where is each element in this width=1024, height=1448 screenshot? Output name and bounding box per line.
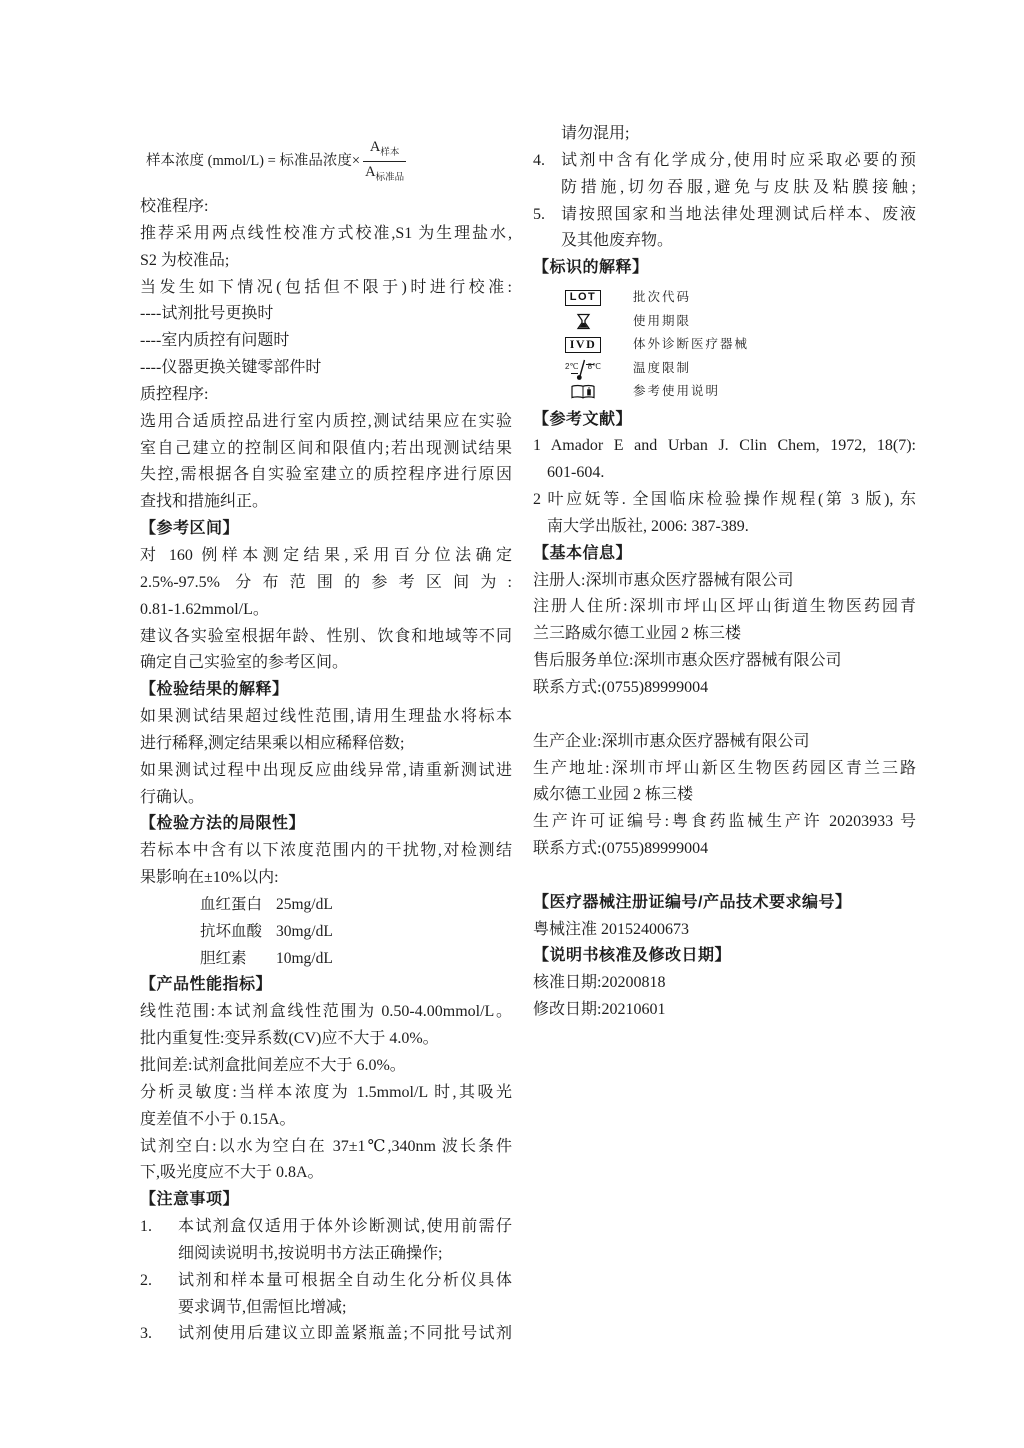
formula-denominator: A标准品 <box>363 162 406 185</box>
item-number: 5. <box>533 202 561 229</box>
calibration-procedure-title: 校准程序: <box>140 194 512 221</box>
text-line: 细阅读说明书,按说明书方法正确操作; <box>140 1241 512 1268</box>
text-line: ----试剂批号更换时 <box>140 301 512 328</box>
registrant-line: 注册人:深圳市惠众医疗器械有限公司 <box>533 568 916 595</box>
item-number: 3. <box>140 1321 178 1348</box>
registration-number: 粤械注准 20152400673 <box>533 917 916 944</box>
symbol-row-lot: LOT 批次代码 <box>533 286 916 310</box>
text-line: 失控,需根据各自实验室建立的质控程序进行原因 <box>140 462 512 489</box>
section-header-basic-info: 【基本信息】 <box>533 541 916 568</box>
approval-date: 核准日期:20200818 <box>533 970 916 997</box>
text-line: 果影响在±10%以内: <box>140 865 512 892</box>
text-line: 如果测试过程中出现反应曲线异常,请重新测试进 <box>140 758 512 785</box>
sample-concentration-formula: 样本浓度 (mmol/L) = 标准品浓度× A样本 A标准品 <box>140 132 512 190</box>
text-line: 线性范围:本试剂盒线性范围为 0.50-4.00mmol/L。 <box>140 999 512 1026</box>
text-line: 若标本中含有以下浓度范围内的干扰物,对检测结 <box>140 838 512 865</box>
temp-low-label: 2℃ <box>565 354 578 381</box>
text-line: 行确认。 <box>140 785 512 812</box>
text-line: 查找和措施纠正。 <box>140 489 512 516</box>
text-line: 请勿混用; <box>533 121 916 148</box>
symbol-row-expiry: 使用期限 <box>533 310 916 334</box>
after-sales-line: 售后服务单位:深圳市惠众医疗器械有限公司 <box>533 648 916 675</box>
notice-item: 2.试剂和样本量可根据全自动生化分析仪具体 <box>140 1268 512 1295</box>
interferent-value: 30mg/dL <box>276 923 333 940</box>
item-number: 4. <box>533 148 561 175</box>
temp-high-label: 8℃ <box>588 354 601 381</box>
section-header-references: 【参考文献】 <box>533 407 916 434</box>
consult-instructions-icon <box>570 384 596 400</box>
symbol-label: 参考使用说明 <box>633 378 720 405</box>
item-text: 试剂中含有化学成分,使用时应采取必要的预 <box>561 148 916 175</box>
item-text: 请按照国家和当地法律处理测试后样本、废液 <box>561 202 916 229</box>
left-column: 样本浓度 (mmol/L) = 标准品浓度× A样本 A标准品 校准程序: 推荐… <box>140 132 512 1348</box>
text-line: S2 为校准品; <box>140 248 512 275</box>
lot-icon: LOT <box>565 290 602 306</box>
interferent-name: 血红蛋白 <box>200 892 276 919</box>
text-line: 室自己建立的控制区间和限值内;若出现测试结果 <box>140 436 512 463</box>
manufacturer-address-line: 威尔德工业园 2 栋三楼 <box>533 782 916 809</box>
interferent-row: 抗坏血酸30mg/dL <box>140 919 512 946</box>
notice-item: 5.请按照国家和当地法律处理测试后样本、废液 <box>533 202 916 229</box>
interferent-name: 抗坏血酸 <box>200 919 276 946</box>
interferent-name: 胆红素 <box>200 946 276 973</box>
item-text: 试剂和样本量可根据全自动生化分析仪具体 <box>178 1268 512 1295</box>
section-header-result-interpretation: 【检验结果的解释】 <box>140 677 512 704</box>
reference-line: 1 Amador E and Urban J. Clin Chem, 1972,… <box>533 433 916 460</box>
text-line: 对 160 例样本测定结果,采用百分位法确定 <box>140 543 512 570</box>
section-header-registration-number: 【医疗器械注册证编号/产品技术要求编号】 <box>533 890 916 917</box>
section-header-symbols: 【标识的解释】 <box>533 255 916 282</box>
registrant-address-line: 注册人住所:深圳市坪山区坪山街道生物医药园青 <box>533 594 916 621</box>
document-page: 样本浓度 (mmol/L) = 标准品浓度× A样本 A标准品 校准程序: 推荐… <box>0 0 1024 1448</box>
symbol-row-instructions: 参考使用说明 <box>533 380 916 404</box>
interferent-row: 血红蛋白25mg/dL <box>140 892 512 919</box>
text-line: 下,吸光度应不大于 0.8A。 <box>140 1160 512 1187</box>
text-line: 及其他废弃物。 <box>533 228 916 255</box>
manufacturer-line: 生产企业:深圳市惠众医疗器械有限公司 <box>533 729 916 756</box>
text-line: 建议各实验室根据年龄、性别、饮食和地域等不同 <box>140 624 512 651</box>
text-line: 批内重复性:变异系数(CV)应不大于 4.0%。 <box>140 1026 512 1053</box>
item-number: 2. <box>140 1268 178 1295</box>
text-line: 防措施,切勿吞服,避免与皮肤及粘膜接触; <box>533 175 916 202</box>
hourglass-icon <box>576 313 591 330</box>
symbol-row-temperature: 8℃ 2℃ 温度限制 <box>533 357 916 381</box>
ivd-icon: IVD <box>565 337 602 353</box>
text-line: 分析灵敏度:当样本浓度为 1.5mmol/L 时,其吸光 <box>140 1080 512 1107</box>
notice-item: 1.本试剂盒仅适用于体外诊断测试,使用前需仔 <box>140 1214 512 1241</box>
blank-line <box>533 702 916 729</box>
temperature-limit-icon: 8℃ 2℃ <box>565 355 601 382</box>
text-line: ----室内质控有问题时 <box>140 328 512 355</box>
text-line: 度差值不小于 0.15A。 <box>140 1107 512 1134</box>
interferent-value: 10mg/dL <box>276 950 333 967</box>
contact-line: 联系方式:(0755)89999004 <box>533 836 916 863</box>
manufacturer-address-line: 生产地址:深圳市坪山新区生物医药园区青兰三路 <box>533 756 916 783</box>
notice-item: 4.试剂中含有化学成分,使用时应采取必要的预 <box>533 148 916 175</box>
item-text: 试剂使用后建议立即盖紧瓶盖;不同批号试剂 <box>178 1321 512 1348</box>
text-line: 如果测试结果超过线性范围,请用生理盐水将标本 <box>140 704 512 731</box>
section-header-performance: 【产品性能指标】 <box>140 972 512 999</box>
right-column: 请勿混用; 4.试剂中含有化学成分,使用时应采取必要的预 防措施,切勿吞服,避免… <box>533 121 916 1024</box>
formula-numerator: A样本 <box>363 138 406 162</box>
registrant-address-line: 兰三路威尔德工业园 2 栋三楼 <box>533 621 916 648</box>
section-header-approval-dates: 【说明书核准及修改日期】 <box>533 943 916 970</box>
item-number: 1. <box>140 1214 178 1241</box>
text-line: 试剂空白:以水为空白在 37±1℃,340nm 波长条件 <box>140 1134 512 1161</box>
formula-fraction: A样本 A标准品 <box>363 138 406 185</box>
reference-line: 601-604. <box>533 460 916 487</box>
text-line: 进行稀释,测定结果乘以相应稀释倍数; <box>140 731 512 758</box>
text-line: 批间差:试剂盒批间差应不大于 6.0%。 <box>140 1053 512 1080</box>
interferent-value: 25mg/dL <box>276 896 333 913</box>
section-header-method-limitations: 【检验方法的局限性】 <box>140 811 512 838</box>
text-line: 0.81-1.62mmol/L。 <box>140 597 512 624</box>
text-line: ----仪器更换关键零部件时 <box>140 355 512 382</box>
item-text: 本试剂盒仅适用于体外诊断测试,使用前需仔 <box>178 1214 512 1241</box>
text-line: 选用合适质控品进行室内质控,测试结果应在实验 <box>140 409 512 436</box>
blank-line <box>533 863 916 890</box>
text-line: 要求调节,但需恒比增减; <box>140 1295 512 1322</box>
symbols-table: LOT 批次代码 使用期限 IVD 体外诊断医疗器械 <box>533 286 916 404</box>
notice-item: 3.试剂使用后建议立即盖紧瓶盖;不同批号试剂 <box>140 1321 512 1348</box>
production-license-line: 生产许可证编号:粤食药监械生产许 20203933 号 <box>533 809 916 836</box>
interferent-row: 胆红素10mg/dL <box>140 946 512 973</box>
modification-date: 修改日期:20210601 <box>533 997 916 1024</box>
text-line: 2.5%-97.5% 分布范围的参考区间为: <box>140 570 512 597</box>
text-line: 当发生如下情况(包括但不限于)时进行校准: <box>140 275 512 302</box>
text-line: 确定自己实验室的参考区间。 <box>140 650 512 677</box>
section-header-precautions: 【注意事项】 <box>140 1187 512 1214</box>
formula-lhs: 样本浓度 (mmol/L) = 标准品浓度× <box>146 148 360 175</box>
text-line: 推荐采用两点线性校准方式校准,S1 为生理盐水, <box>140 221 512 248</box>
section-header-reference-interval: 【参考区间】 <box>140 516 512 543</box>
contact-line: 联系方式:(0755)89999004 <box>533 675 916 702</box>
reference-line: 2 叶应妩等. 全国临床检验操作规程(第 3 版), 东 <box>533 487 916 514</box>
reference-line: 南大学出版社, 2006: 387-389. <box>533 514 916 541</box>
qc-procedure-title: 质控程序: <box>140 382 512 409</box>
